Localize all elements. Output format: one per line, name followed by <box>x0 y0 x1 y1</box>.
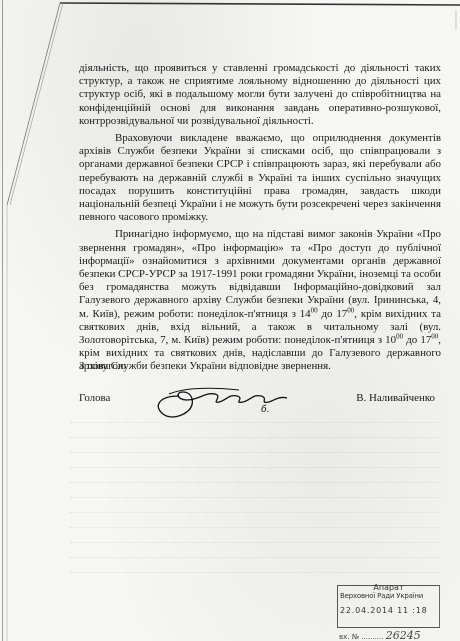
scanned-page: діяльність, що проявиться у ставленні гр… <box>0 0 460 641</box>
signatory-title: Голова <box>79 392 110 404</box>
incoming-number-row: вх. № .......... 26245 <box>339 629 421 641</box>
stamp-date-time: 22.04.2014 11 :18 <box>340 606 428 615</box>
incoming-label: вх. № <box>339 633 359 641</box>
registration-stamp: Апарат Верховної Ради України 22.04.2014… <box>337 585 440 628</box>
incoming-number: 26245 <box>386 629 421 641</box>
paragraph-3-text: Принагідно інформуємо, що на підставі ви… <box>79 228 441 319</box>
incoming-dots: .......... <box>361 633 383 641</box>
paragraph-3: Принагідно інформуємо, що на підставі ви… <box>79 228 441 373</box>
paragraph-3-text: до 17 <box>318 308 348 320</box>
page-left-edge <box>2 0 3 641</box>
paragraph-2: Враховуючи викладене вважаємо, що оприлю… <box>79 132 441 224</box>
stamp-line-1: Апарат <box>338 583 439 592</box>
paragraph-3-text: до 17 <box>403 334 431 346</box>
letter-body: діяльність, що проявиться у ставленні гр… <box>79 62 441 374</box>
signatory-name: В. Наливайченко <box>356 392 435 404</box>
paragraph-1: діяльність, що проявиться у ставленні гр… <box>79 62 441 128</box>
stamp-line-2: Верховної Ради України <box>340 592 441 600</box>
time-superscript: 00 <box>311 306 318 314</box>
closing-salutation: З повагою <box>79 360 126 372</box>
bleed-through-text <box>70 410 440 575</box>
